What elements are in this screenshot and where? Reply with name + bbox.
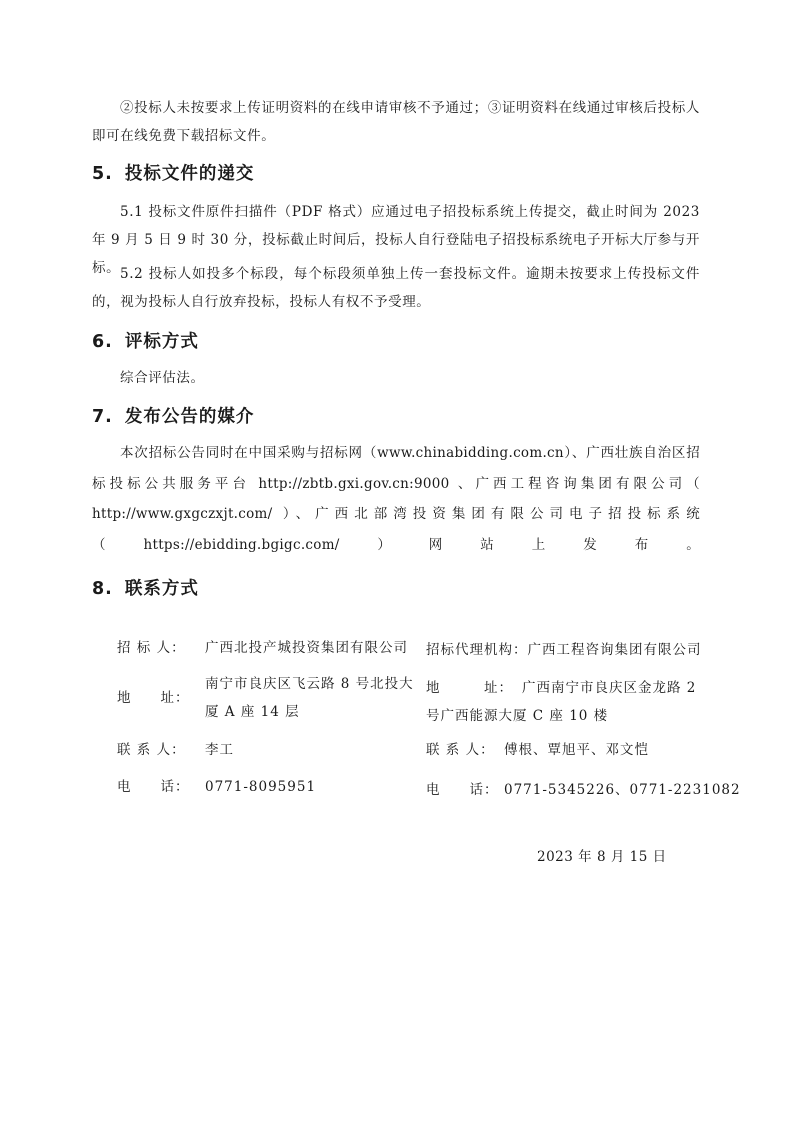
tenderer-address-row: 地 址： xyxy=(117,684,205,712)
section-title: 发布公告的媒介 xyxy=(125,407,255,427)
value: 广西南宁市良庆区金龙路 2 xyxy=(522,674,696,702)
section-heading-8: 8.联系方式 xyxy=(92,575,199,600)
section-number: 5. xyxy=(92,164,113,184)
tenderer-address-value: 南宁市良庆区飞云路 8 号北投大 厦 A 座 14 层 xyxy=(205,670,414,726)
agency-address-row: 地 址： 广西南宁市良庆区金龙路 2 xyxy=(426,674,696,702)
label: 电 话： xyxy=(426,776,504,804)
value: 广西工程咨询集团有限公司 xyxy=(528,636,702,664)
paragraph-review-note: ②投标人未按要求上传证明资料的在线申请审核不予通过；③证明资料在线通过审核后投标… xyxy=(92,94,700,150)
agency-contact: 招标代理机构： 广西工程咨询集团有限公司 地 址： 广西南宁市良庆区金龙路 2 … xyxy=(426,634,716,814)
agency-contact-row: 联 系 人： 傅根、覃旭平、邓文恺 xyxy=(426,736,649,764)
label: 电 话： xyxy=(117,773,205,801)
label: 联 系 人： xyxy=(117,736,205,764)
label: 招标代理机构： xyxy=(426,636,528,664)
value: 广西北投产城投资集团有限公司 xyxy=(205,634,408,662)
section-title: 投标文件的递交 xyxy=(125,164,255,184)
document-date: 2023 年 8 月 15 日 xyxy=(537,845,667,865)
agency-name-row: 招标代理机构： 广西工程咨询集团有限公司 xyxy=(426,636,702,664)
label: 招 标 人： xyxy=(117,634,205,662)
section-heading-6: 6.评标方式 xyxy=(92,328,199,353)
tenderer-name-row: 招 标 人： 广西北投产城投资集团有限公司 xyxy=(117,634,408,662)
paragraph-5-2: 5.2 投标人如投多个标段，每个标段须单独上传一套投标文件。逾期未按要求上传投标… xyxy=(92,260,700,316)
label: 地 址： xyxy=(117,684,205,712)
section-title: 联系方式 xyxy=(125,579,199,599)
section-heading-5: 5.投标文件的递交 xyxy=(92,160,254,185)
value: 李工 xyxy=(205,736,234,764)
section-title: 评标方式 xyxy=(125,332,199,352)
value: 南宁市良庆区飞云路 8 号北投大 xyxy=(205,670,414,698)
value: 傅根、覃旭平、邓文恺 xyxy=(504,736,649,764)
section-number: 7. xyxy=(92,407,113,427)
tenderer-phone-row: 电 话： 0771-8095951 xyxy=(117,773,316,801)
paragraph-7: 本次招标公告同时在中国采购与招标网（www.chinabidding.com.c… xyxy=(92,438,700,560)
tenderer-contact-row: 联 系 人： 李工 xyxy=(117,736,234,764)
value: 0771-8095951 xyxy=(205,773,316,801)
document-page: ②投标人未按要求上传证明资料的在线申请审核不予通过；③证明资料在线通过审核后投标… xyxy=(0,0,800,1131)
section-number: 6. xyxy=(92,332,113,352)
value: 0771-5345226、0771-2231082 xyxy=(504,776,741,804)
section-heading-7: 7.发布公告的媒介 xyxy=(92,403,254,428)
section-number: 8. xyxy=(92,579,113,599)
agency-phone-row: 电 话： 0771-5345226、0771-2231082 xyxy=(426,776,741,804)
tenderer-contact: 招 标 人： 广西北投产城投资集团有限公司 地 址： 南宁市良庆区飞云路 8 号… xyxy=(117,634,417,814)
paragraph-6: 综合评估法。 xyxy=(92,364,700,392)
value: 厦 A 座 14 层 xyxy=(205,698,414,726)
value: 号广西能源大厦 C 座 10 楼 xyxy=(426,702,608,730)
label: 联 系 人： xyxy=(426,736,504,764)
agency-address-row-2: 号广西能源大厦 C 座 10 楼 xyxy=(426,702,608,730)
label: 地 址： xyxy=(426,674,522,702)
